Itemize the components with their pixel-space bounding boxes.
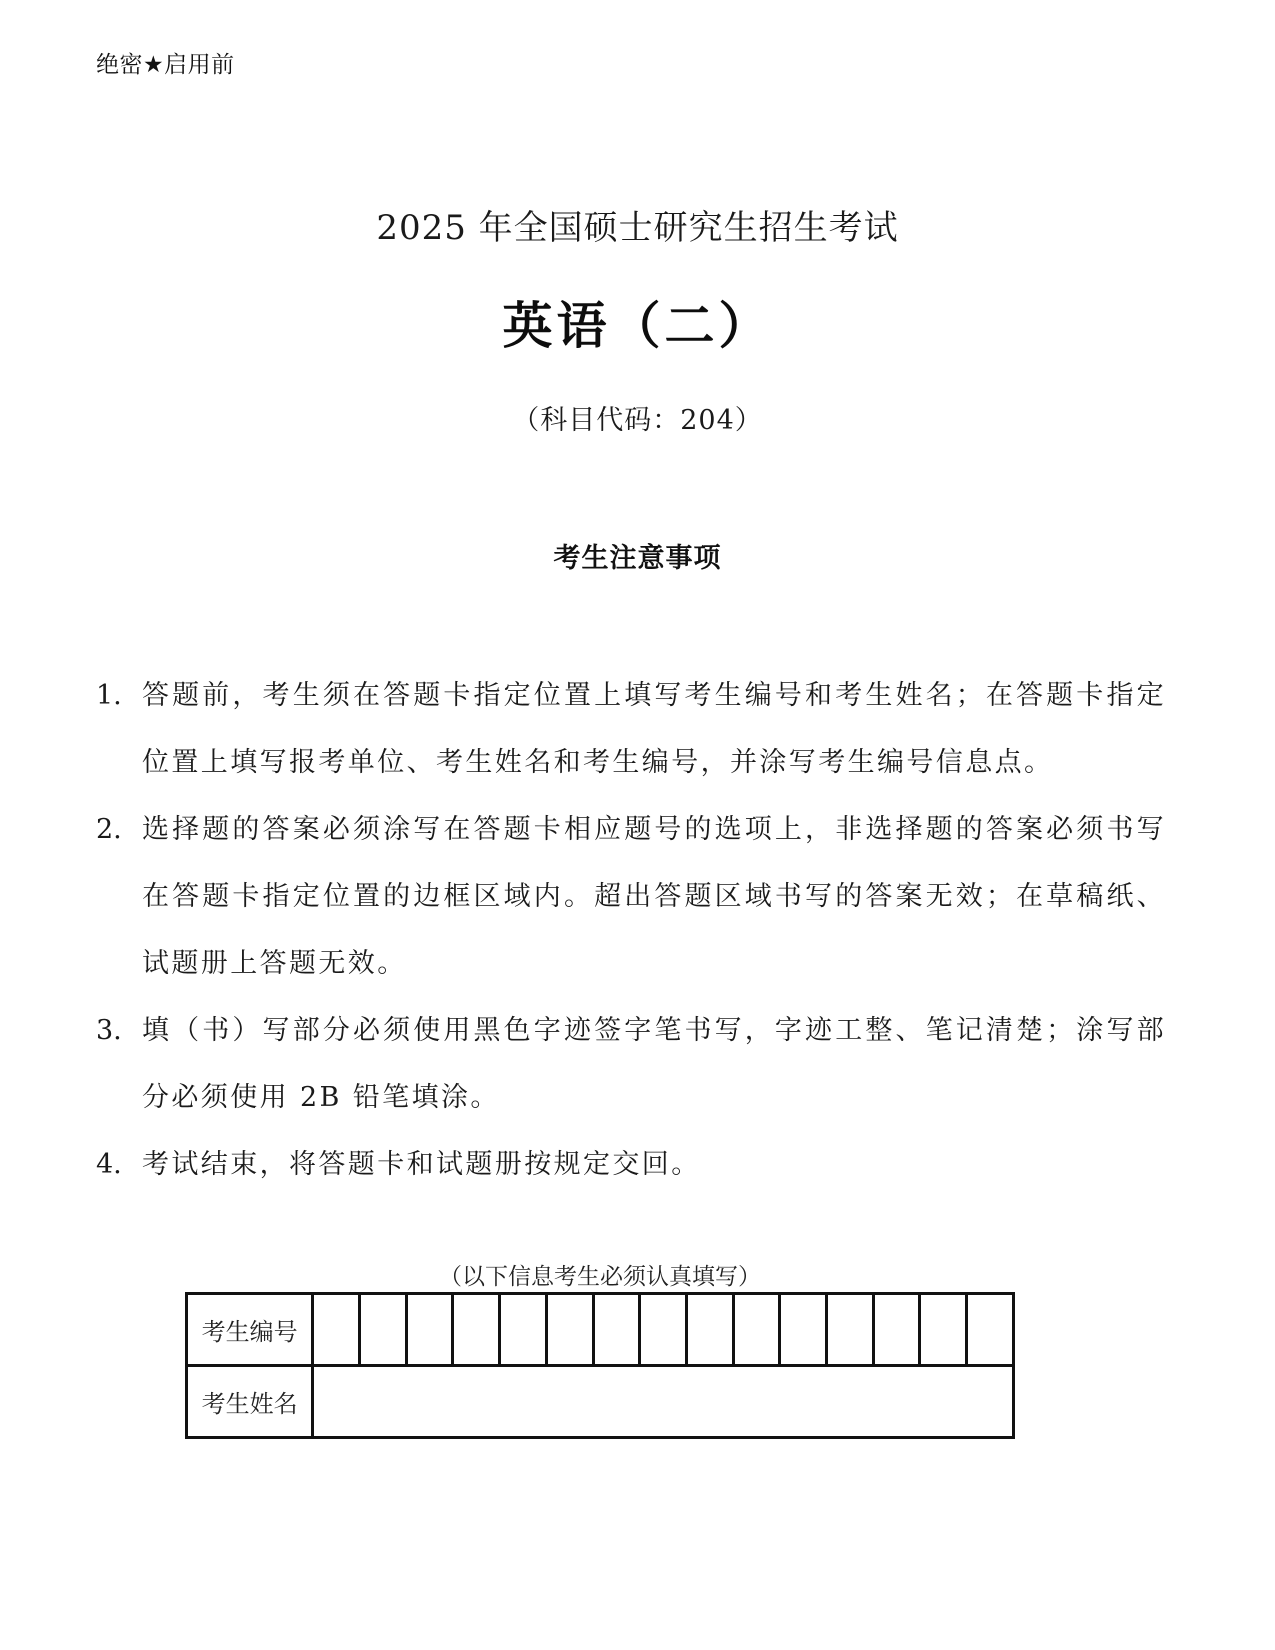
candidate-id-digit-cell[interactable] xyxy=(500,1294,547,1366)
candidate-id-digit-cell[interactable] xyxy=(360,1294,407,1366)
candidate-id-digit-cell[interactable] xyxy=(873,1294,920,1366)
form-instruction: （以下信息考生必须认真填写） xyxy=(0,1258,1200,1291)
notice-text: 答题前，考生须在答题卡指定位置上填写考生编号和考生姓名；在答题卡指定位置上填写报… xyxy=(142,680,1166,778)
candidate-name-field[interactable] xyxy=(313,1366,1014,1438)
candidate-id-label: 考生编号 xyxy=(187,1294,313,1366)
subject-code: （科目代码：204） xyxy=(0,398,1275,437)
candidate-id-digit-cell[interactable] xyxy=(640,1294,687,1366)
candidate-info-table: 考生编号 考生姓名 xyxy=(185,1292,1015,1439)
candidate-name-label: 考生姓名 xyxy=(187,1366,313,1438)
notices-heading: 考生注意事项 xyxy=(0,536,1275,575)
notice-item: 4. 考试结束，将答题卡和试题册按规定交回。 xyxy=(96,1131,1166,1198)
notice-number: 1. xyxy=(96,662,122,729)
subject-title: 英语（二） xyxy=(0,286,1275,358)
notice-item: 3. 填（书）写部分必须使用黑色字迹签字笔书写，字迹工整、笔记清楚；涂写部分必须… xyxy=(96,997,1166,1131)
candidate-name-row: 考生姓名 xyxy=(187,1366,1014,1438)
notice-text: 考试结束，将答题卡和试题册按规定交回。 xyxy=(142,1149,701,1180)
candidate-id-digit-cell[interactable] xyxy=(686,1294,733,1366)
notice-number: 2. xyxy=(96,796,122,863)
notice-item: 2. 选择题的答案必须涂写在答题卡相应题号的选项上，非选择题的答案必须书写在答题… xyxy=(96,796,1166,997)
notice-text: 填（书）写部分必须使用黑色字迹签字笔书写，字迹工整、笔记清楚；涂写部分必须使用 … xyxy=(142,1015,1166,1113)
candidate-id-digit-cell[interactable] xyxy=(920,1294,967,1366)
candidate-id-digit-cell[interactable] xyxy=(967,1294,1014,1366)
candidate-id-digit-cell[interactable] xyxy=(780,1294,827,1366)
candidate-id-digit-cell[interactable] xyxy=(733,1294,780,1366)
candidate-id-digit-cell[interactable] xyxy=(406,1294,453,1366)
candidate-id-digit-cell[interactable] xyxy=(453,1294,500,1366)
candidate-id-digit-cell[interactable] xyxy=(546,1294,593,1366)
candidate-id-digit-cell[interactable] xyxy=(313,1294,360,1366)
notices-list: 1. 答题前，考生须在答题卡指定位置上填写考生编号和考生姓名；在答题卡指定位置上… xyxy=(96,662,1166,1198)
classification-label: 绝密★启用前 xyxy=(96,46,235,79)
candidate-id-digit-cell[interactable] xyxy=(593,1294,640,1366)
candidate-id-digit-cell[interactable] xyxy=(827,1294,874,1366)
exam-title: 2025 年全国硕士研究生招生考试 xyxy=(0,200,1275,249)
notice-text: 选择题的答案必须涂写在答题卡相应题号的选项上，非选择题的答案必须书写在答题卡指定… xyxy=(142,814,1166,979)
notice-number: 4. xyxy=(96,1131,122,1198)
notice-item: 1. 答题前，考生须在答题卡指定位置上填写考生编号和考生姓名；在答题卡指定位置上… xyxy=(96,662,1166,796)
candidate-id-row: 考生编号 xyxy=(187,1294,1014,1366)
notice-number: 3. xyxy=(96,997,122,1064)
